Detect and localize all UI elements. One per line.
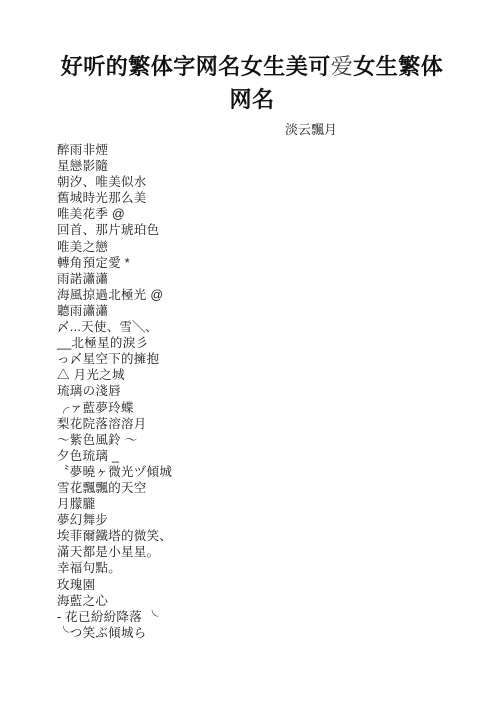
name-list-item: 海藍之心 [57, 593, 445, 609]
name-list: 醉雨非煙星戀影隨朝汐、唯美似水舊城時光那么美唯美花季 @回首、那片琥珀色唯美之戀… [57, 142, 445, 641]
name-list-item: 琉璃の淺唇 [57, 383, 445, 399]
name-list-item: 舊城時光那么美 [57, 190, 445, 206]
name-list-item: 朝汐、唯美似水 [57, 174, 445, 190]
name-list-item: 滿天都是小星星。 [57, 544, 445, 560]
name-list-item: 唯美花季 @ [57, 206, 445, 222]
page-title-segment-light: 爱 [331, 54, 354, 79]
name-list-item: 雪花飄飄的天空 [57, 480, 445, 496]
name-list-item: っ〆星空下的擁抱 [57, 351, 445, 367]
name-list-item: 雨諾瀟瀟 [57, 271, 445, 287]
name-list-item: ～紫色風鈴 ～ [57, 432, 445, 448]
name-list-item: 幸福句點。 [57, 560, 445, 576]
name-list-item: 轉角預定愛 * [57, 255, 445, 271]
page-title-segment-1: 好听的繁体字网名女生美可 [61, 54, 331, 79]
name-list-item: 海風掠過北極光 @ [57, 287, 445, 303]
name-list-item: ╭ァ藍夢玲蝶 [57, 400, 445, 416]
name-list-item: 醉雨非煙 [57, 142, 445, 158]
name-list-item: 〝夢曉ヶ微光ヅ傾城 [57, 464, 445, 480]
document-page: 好听的繁体字网名女生美可爱女生繁体网名 淡云飄月 醉雨非煙星戀影隨朝汐、唯美似水… [0, 0, 500, 708]
name-list-item: 夕色琉璃 _ [57, 448, 445, 464]
name-list-item: __北極星的淚彡 [57, 335, 445, 351]
name-list-item: 埃菲爾鐵塔的微笑、 [57, 528, 445, 544]
name-list-item: 星戀影隨 [57, 158, 445, 174]
name-list-item: 梨花院落溶溶月 [57, 416, 445, 432]
name-list-item: ╰つ笑ぶ傾城ら [57, 625, 445, 641]
name-list-item: 〆...天使、雪╲、 [57, 319, 445, 335]
name-list-item: 聽雨瀟瀟 [57, 303, 445, 319]
name-list-item: 唯美之戀 [57, 239, 445, 255]
name-list-item: 玫瑰園 [57, 577, 445, 593]
name-list-item: - 花已紛紛降落 ╰ [57, 609, 445, 625]
page-title: 好听的繁体字网名女生美可爱女生繁体网名 [57, 50, 447, 116]
name-list-item: △ 月光之城 [57, 367, 445, 383]
author-byline: 淡云飄月 [285, 121, 445, 138]
name-list-item: 月朦朧 [57, 496, 445, 512]
name-list-item: 回首、那片琥珀色 [57, 222, 445, 238]
name-list-item: 夢幻舞步 [57, 512, 445, 528]
